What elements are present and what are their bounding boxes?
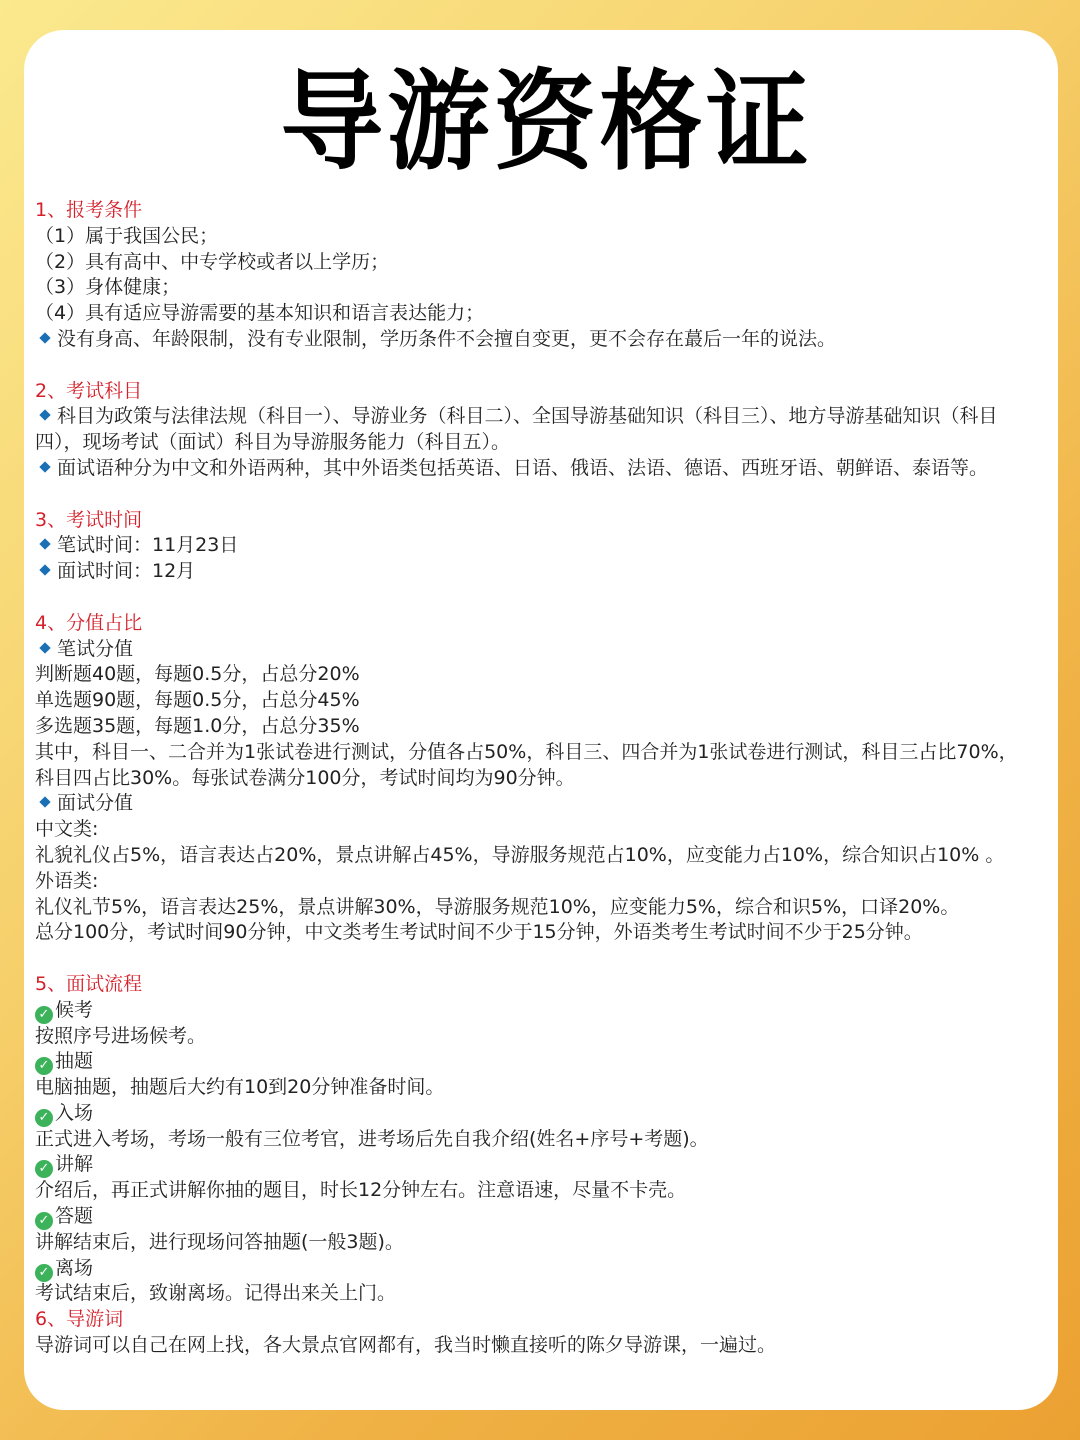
- check-circle-icon: ✓: [35, 1264, 53, 1282]
- list-item: 判断题40题，每题0.5分，占总分20%: [35, 662, 1058, 688]
- label: 中文类:: [35, 817, 1058, 843]
- diamond-bullet-icon: [39, 797, 50, 808]
- step-title: 答题: [55, 1205, 93, 1227]
- section-subjects: 2、考试科目 科目为政策与法律法规（科目一）、导游业务（科目二）、全国导游基础知…: [35, 379, 1058, 482]
- note-text: 没有身高、年龄限制，没有专业限制，学历条件不会擅自变更，更不会存在蕞后一年的说法…: [57, 328, 836, 350]
- subheading: 笔试分值: [57, 638, 133, 660]
- step-desc: 介绍后，再正式讲解你抽的题目，时长12分钟左右。注意语速，尽量不卡壳。: [35, 1178, 1058, 1204]
- list-item: 多选题35题，每题1.0分，占总分35%: [35, 714, 1058, 740]
- list-item: （2）具有高中、中专学校或者以上学历；: [35, 250, 1058, 276]
- check-circle-icon: ✓: [35, 1006, 53, 1024]
- bullet-text: 面试时间：12月: [57, 560, 195, 582]
- list-item: （1）属于我国公民；: [35, 224, 1058, 250]
- step-title: 离场: [55, 1257, 93, 1279]
- section-interview-process: 5、面试流程 ✓候考 按照序号进场候考。 ✓抽题 电脑抽题，抽题后大约有10到2…: [35, 972, 1058, 1307]
- bullet-text: 科目为政策与法律法规（科目一）、导游业务（科目二）、全国导游基础知识（科目三）、…: [35, 405, 998, 453]
- step-desc: 正式进入考场，考场一般有三位考官，进考场后先自我介绍(姓名+序号+考题)。: [35, 1127, 1058, 1153]
- step-title: 入场: [55, 1102, 93, 1124]
- diamond-bullet-icon: [39, 642, 50, 653]
- step-desc: 电脑抽题，抽题后大约有10到20分钟准备时间。: [35, 1075, 1058, 1101]
- bullet-text: 面试语种分为中文和外语两种，其中外语类包括英语、日语、俄语、法语、德语、西班牙语…: [57, 457, 988, 479]
- step-desc: 按照序号进场候考。: [35, 1024, 1058, 1050]
- section-heading: 1、报考条件: [35, 198, 1058, 224]
- section-heading: 5、面试流程: [35, 972, 1058, 998]
- section-heading: 4、分值占比: [35, 611, 1058, 637]
- diamond-bullet-icon: [39, 332, 50, 343]
- diamond-bullet-icon: [39, 539, 50, 550]
- paragraph: 礼仪礼节5%，语言表达25%，景点讲解30%，导游服务规范10%，应变能力5%，…: [35, 895, 1058, 921]
- check-circle-icon: ✓: [35, 1212, 53, 1230]
- check-circle-icon: ✓: [35, 1160, 53, 1178]
- section-heading: 6、导游词: [35, 1307, 1058, 1333]
- section-score-ratio: 4、分值占比 笔试分值 判断题40题，每题0.5分，占总分20% 单选题90题，…: [35, 611, 1058, 946]
- diamond-bullet-icon: [39, 461, 50, 472]
- section-tour-script: 6、导游词 导游词可以自己在网上找，各大景点官网都有，我当时懒直接听的陈夕导游课…: [35, 1307, 1058, 1359]
- list-item: 单选题90题，每题0.5分，占总分45%: [35, 688, 1058, 714]
- document-body: 1、报考条件 （1）属于我国公民； （2）具有高中、中专学校或者以上学历； （3…: [35, 198, 1058, 1359]
- step-desc: 讲解结束后，进行现场问答抽题(一般3题)。: [35, 1230, 1058, 1256]
- section-requirements: 1、报考条件 （1）属于我国公民； （2）具有高中、中专学校或者以上学历； （3…: [35, 198, 1058, 353]
- section-exam-time: 3、考试时间 笔试时间：11月23日 面试时间：12月: [35, 508, 1058, 585]
- subheading: 面试分值: [57, 792, 133, 814]
- paragraph: 其中，科目一、二合并为1张试卷进行测试，分值各占50%，科目三、四合并为1张试卷…: [35, 740, 1035, 792]
- bullet-text: 笔试时间：11月23日: [57, 534, 238, 556]
- step-title: 候考: [55, 999, 93, 1021]
- diamond-bullet-icon: [39, 564, 50, 575]
- page-title: 导游资格证: [61, 58, 1033, 198]
- label: 外语类:: [35, 869, 1058, 895]
- list-item: （3）身体健康；: [35, 275, 1058, 301]
- section-heading: 2、考试科目: [35, 379, 1058, 405]
- diamond-bullet-icon: [39, 410, 50, 421]
- step-title: 讲解: [55, 1153, 93, 1175]
- step-desc: 考试结束后，致谢离场。记得出来关上门。: [35, 1281, 1058, 1307]
- paragraph: 礼貌礼仪占5%，语言表达占20%，景点讲解占45%，导游服务规范占10%，应变能…: [35, 843, 1058, 869]
- content-card: 导游资格证 1、报考条件 （1）属于我国公民； （2）具有高中、中专学校或者以上…: [24, 30, 1058, 1410]
- check-circle-icon: ✓: [35, 1109, 53, 1127]
- list-item: （4）具有适应导游需要的基本知识和语言表达能力；: [35, 301, 1058, 327]
- section-heading: 3、考试时间: [35, 508, 1058, 534]
- step-title: 抽题: [55, 1050, 93, 1072]
- check-circle-icon: ✓: [35, 1057, 53, 1075]
- paragraph: 导游词可以自己在网上找，各大景点官网都有，我当时懒直接听的陈夕导游课，一遍过。: [35, 1333, 1058, 1359]
- paragraph: 总分100分，考试时间90分钟，中文类考生考试时间不少于15分钟，外语类考生考试…: [35, 920, 1058, 946]
